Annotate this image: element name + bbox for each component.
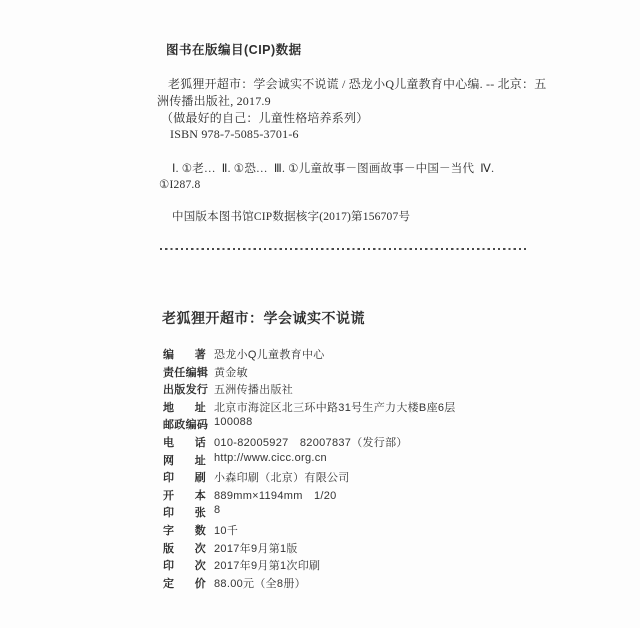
colophon-row-label: 字数 [163,522,206,538]
dotted-divider [160,248,528,250]
colophon-row-label: 责任编辑 [163,364,206,380]
colophon-table: 编著恐龙小Q儿童教育中心责任编辑黄金敏出版发行五洲传播出版社地址北京市海淀区北三… [163,346,583,592]
colophon-row-value: 10千 [214,525,238,537]
colophon-row: 定价88.00元（全8册） [163,575,583,593]
colophon-row-label: 印张 [163,504,206,520]
colophon-row-value: 88.00元（全8册） [214,578,306,590]
copyright-page: 图书在版编目(CIP)数据 老狐狸开超市：学会诚实不说谎 / 恐龙小Q儿童教育中… [0,0,640,628]
colophon-row-label: 开本 [163,487,206,503]
book-title: 老狐狸开超市：学会诚实不说谎 [162,308,365,328]
colophon-row-value: 010-82005927 82007837（发行部） [214,437,408,449]
colophon-row: 地址北京市海淀区北三环中路31号生产力大楼B座6层 [163,399,583,417]
cip-header: 图书在版编目(CIP)数据 [166,40,302,58]
colophon-row-label: 邮政编码 [163,416,206,432]
colophon-row-value: 100088 [214,416,253,428]
colophon-row: 责任编辑黄金敏 [163,364,583,382]
colophon-row-value: 2017年9月第1次印刷 [214,560,320,572]
colophon-row-value: 五洲传播出版社 [214,384,293,396]
colophon-row-value: 恐龙小Q儿童教育中心 [214,349,325,361]
colophon-row-label: 定价 [163,575,206,591]
colophon-row: 网址http://www.cicc.org.cn [163,452,583,470]
colophon-row-label: 网址 [163,452,206,468]
colophon-row-value: 2017年9月第1版 [214,543,298,555]
colophon-row-label: 编著 [163,346,206,362]
colophon-row: 印刷小森印刷（北京）有限公司 [163,469,583,487]
cip-classification-line1: Ⅰ. ①老… Ⅱ. ①恐… Ⅲ. ①儿童故事－图画故事－中国－当代 Ⅳ. [172,160,494,176]
colophon-row-value: 黄金敏 [214,367,248,379]
colophon-row: 开本889mm×1194mm 1/20 [163,487,583,505]
isbn-number: ISBN 978-7-5085-3701-6 [170,127,299,142]
colophon-row-label: 出版发行 [163,381,206,397]
colophon-row-value: 小森印刷（北京）有限公司 [214,472,350,484]
colophon-row-label: 地址 [163,399,206,415]
cip-classification-line2: ①I287.8 [159,177,200,191]
cip-record-number: 中国版本图书馆CIP数据核字(2017)第156707号 [172,208,410,224]
colophon-row-label: 印次 [163,557,206,573]
colophon-row: 印张8 [163,504,583,522]
colophon-row: 邮政编码100088 [163,416,583,434]
colophon-row: 出版发行五洲传播出版社 [163,381,583,399]
colophon-row: 电话010-82005927 82007837（发行部） [163,434,583,452]
colophon-row: 版次2017年9月第1版 [163,540,583,558]
colophon-row: 印次2017年9月第1次印刷 [163,557,583,575]
colophon-row-value: http://www.cicc.org.cn [214,452,327,464]
colophon-row: 字数10千 [163,522,583,540]
colophon-row: 编著恐龙小Q儿童教育中心 [163,346,583,364]
series-note: （做最好的自己：儿童性格培养系列） [161,109,368,126]
colophon-row-label: 电话 [163,434,206,450]
colophon-row-label: 版次 [163,540,206,556]
colophon-row-label: 印刷 [163,469,206,485]
colophon-row-value: 8 [214,504,220,516]
colophon-row-value: 北京市海淀区北三环中路31号生产力大楼B座6层 [214,402,456,414]
cip-entry-line2: 洲传播出版社, 2017.9 [157,92,271,109]
colophon-row-value: 889mm×1194mm 1/20 [214,490,337,502]
cip-entry-line1: 老狐狸开超市：学会诚实不说谎 / 恐龙小Q儿童教育中心编. -- 北京：五 [168,75,546,92]
